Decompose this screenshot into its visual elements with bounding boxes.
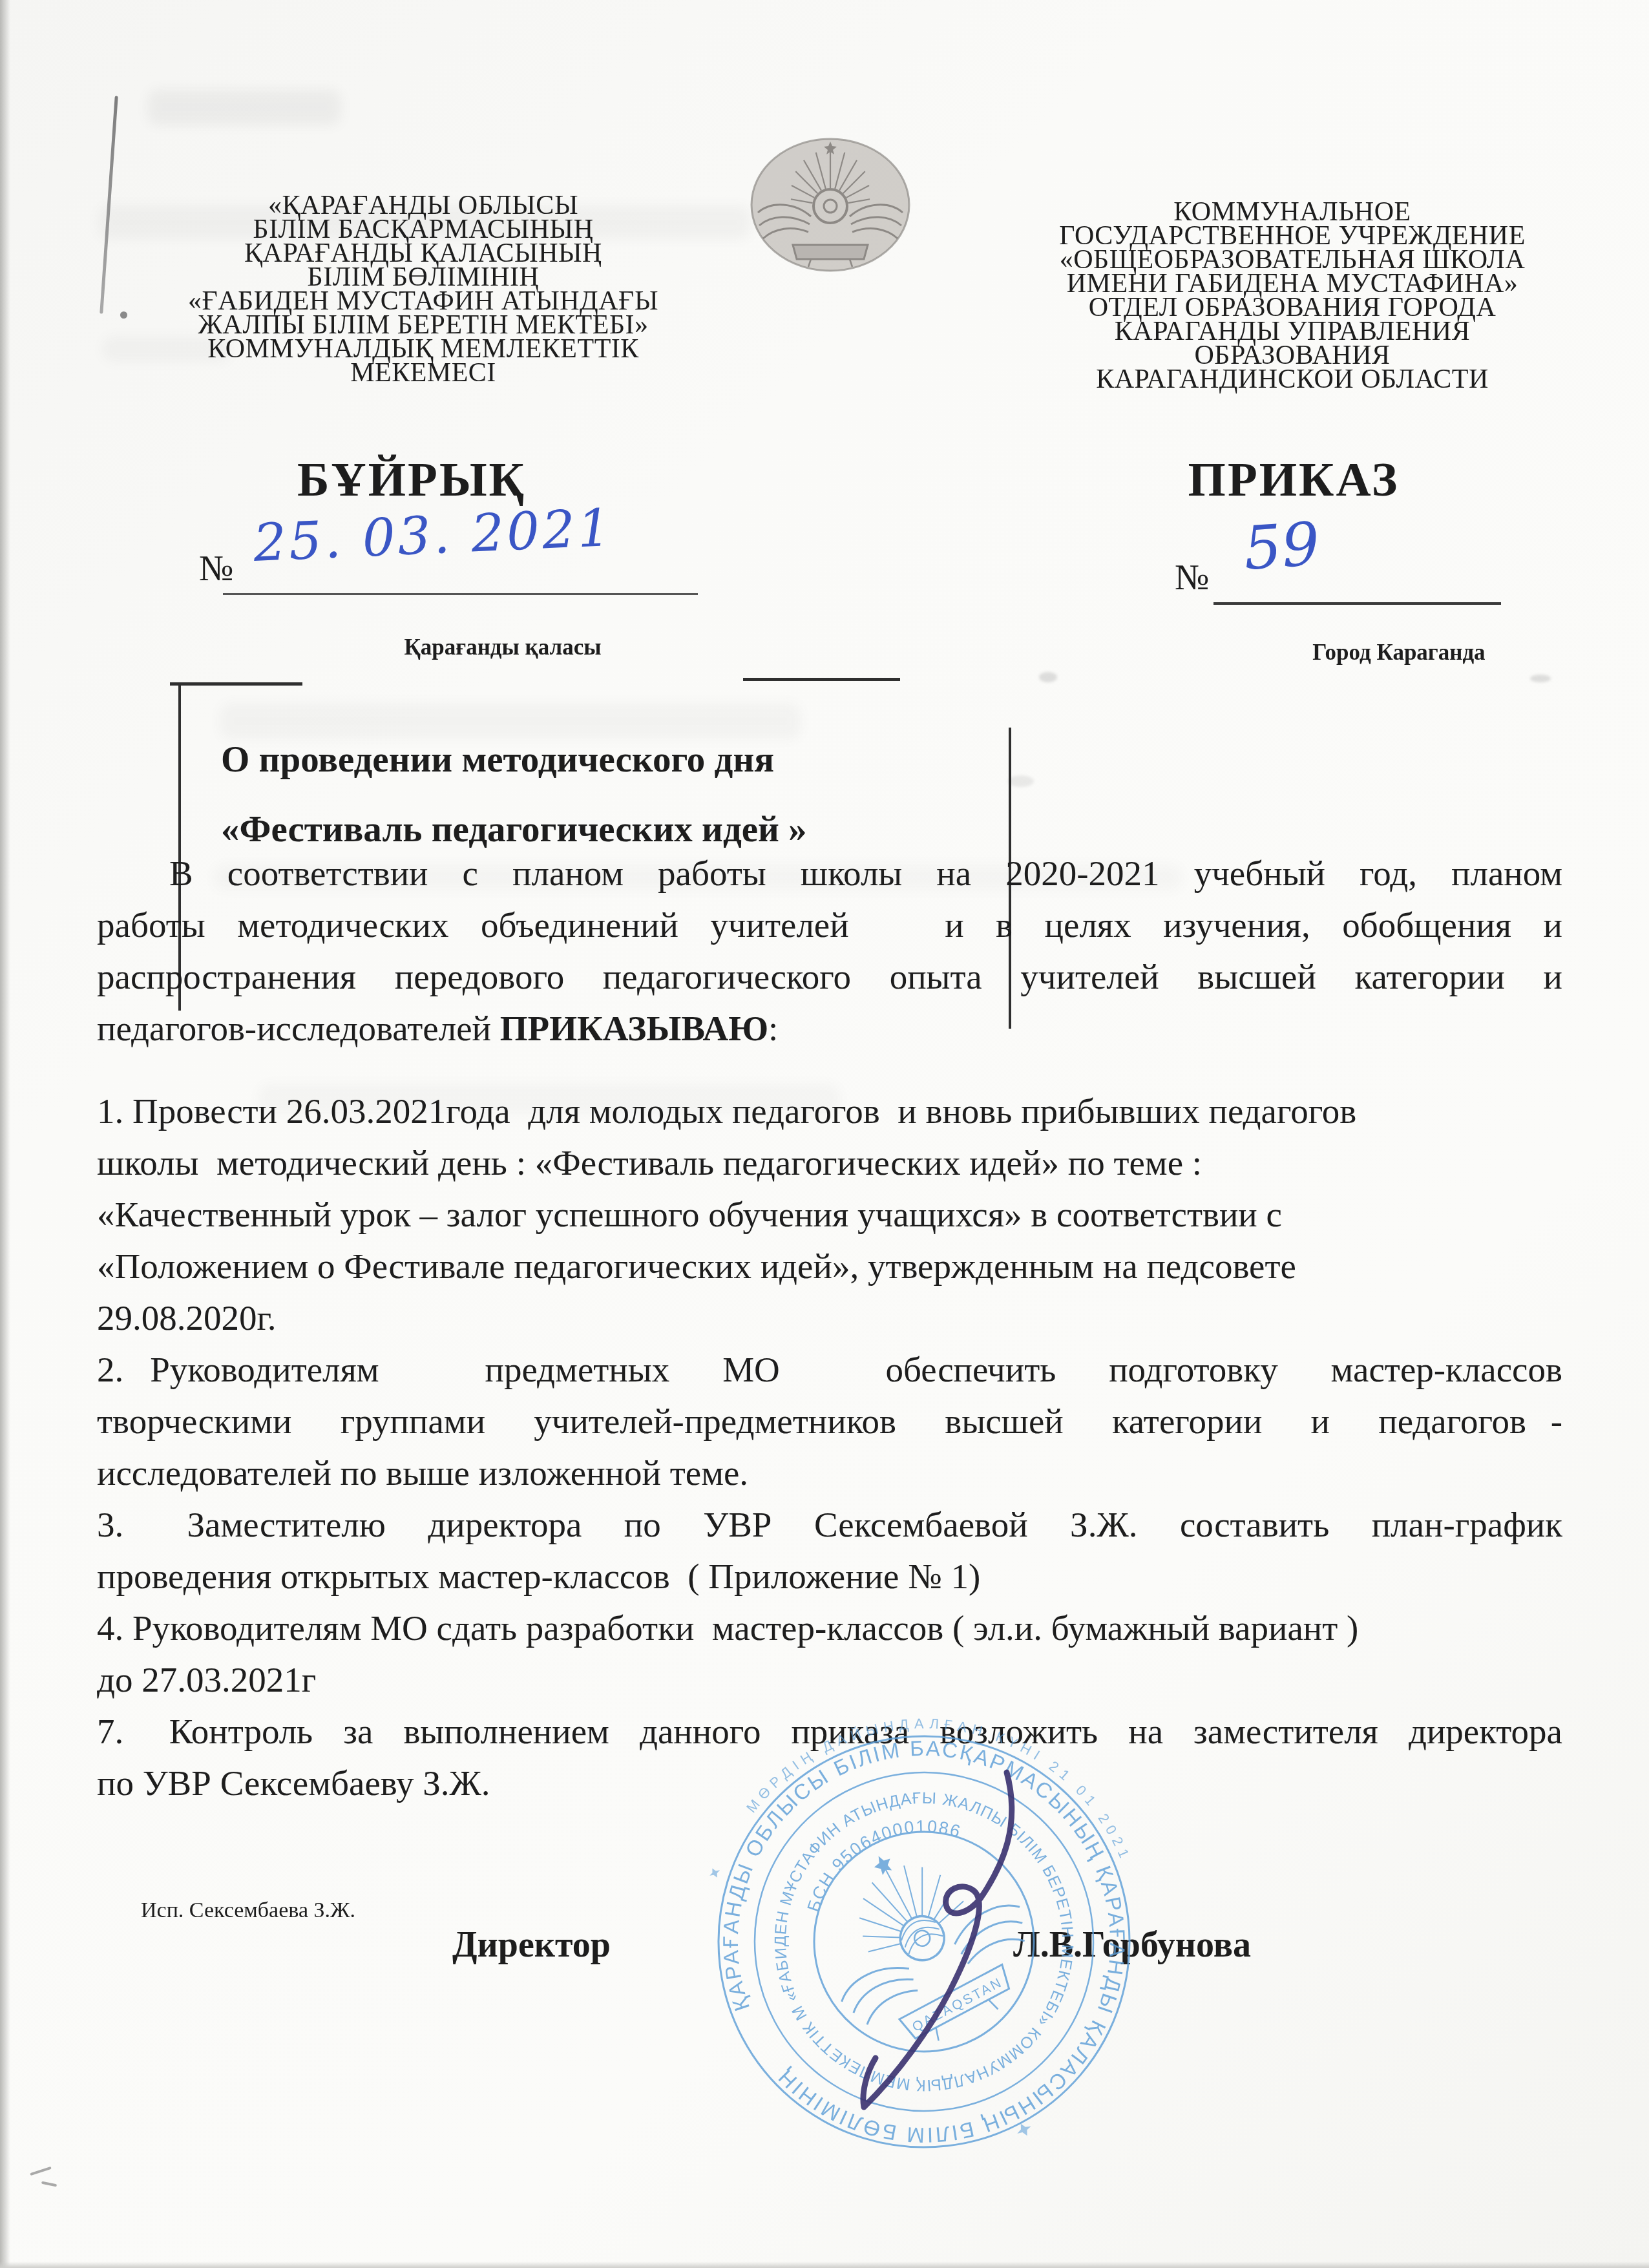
order-item-3: 3. Заместителю директора по УВР Сексемба… — [97, 1499, 1562, 1602]
number-sign-kazakh: № — [199, 548, 233, 589]
place-russian: Город Караганда — [1312, 640, 1485, 666]
intro-last-prefix: педагогов-исследователей — [97, 1009, 500, 1048]
order-title-russian: ПРИКАЗ — [1188, 452, 1400, 508]
frame-line-artifact — [743, 678, 900, 681]
number-underline-kazakh — [223, 593, 698, 595]
stamp-outer-ring-text: ҚАРАҒАНДЫ ОБЛЫСЫ БІЛІМ БАСҚАРМАСЫНЫҢ ҚАР… — [675, 1693, 1173, 2190]
item-line: 1. Провести 26.03.2021года для молодых п… — [97, 1086, 1562, 1137]
number-sign-russian: № — [1175, 557, 1209, 598]
order-body: В соответствии с планом работы школы на … — [97, 848, 1562, 1809]
number-underline-russian — [1213, 602, 1501, 605]
item-line: творческими группами учителей-предметник… — [97, 1396, 1562, 1447]
place-kazakh: Қарағанды қаласы — [404, 635, 601, 660]
item-line: 3. Заместителю директора по УВР Сексемба… — [97, 1499, 1562, 1551]
svg-text:ҚАРАҒАНДЫ ОБЛЫСЫ БІЛІМ БАСҚАРМ: ҚАРАҒАНДЫ ОБЛЫСЫ БІЛІМ БАСҚАРМАСЫНЫҢ ҚАР… — [675, 1693, 1173, 2190]
item-line: «Положением о Фестивале педагогических и… — [97, 1241, 1562, 1292]
intro-colon: : — [768, 1009, 778, 1048]
kazakhstan-emblem — [746, 132, 914, 278]
item-line: «Качественный урок – залог успешного обу… — [97, 1189, 1562, 1241]
order-title-kazakh: БҰЙРЫҚ — [297, 452, 526, 508]
stamp-banner-text: QAZAQSTAN — [910, 1975, 1005, 2035]
item-line: исследователей по выше изложенной теме. — [97, 1447, 1562, 1499]
handwritten-order-number: 59 — [1241, 509, 1321, 583]
frame-line-artifact — [170, 682, 302, 686]
intro-line: педагогов-исследователей ПРИКАЗЫВАЮ: — [97, 1003, 1562, 1055]
toner-speck — [1039, 672, 1057, 682]
executor-note: Исп. Сексембаева З.Ж. — [141, 1898, 355, 1923]
intro-line: В соответствии с планом работы школы на … — [97, 848, 1562, 899]
order-keyword: ПРИКАЗЫВАЮ — [500, 1009, 768, 1048]
org-name-russian: КОММУНАЛЬНОЕ ГОСУДАРСТВЕННОЕ УЧРЕЖДЕНИЕ … — [1008, 200, 1577, 392]
intro-line: работы методических объединений учителей… — [97, 899, 1562, 951]
scanned-order-document: «ҚАРАҒАНДЫ ОБЛЫСЫ БІЛІМ БАСҚАРМАСЫНЫҢ ҚА… — [0, 0, 1649, 2268]
intro-line: распространения передового педагогическо… — [97, 951, 1562, 1003]
order-item-1: 1. Провести 26.03.2021года для молодых п… — [97, 1086, 1562, 1344]
staple-mark-end — [120, 311, 127, 319]
org-line: КАРАГАНДИНСКОИ ОБЛАСТИ — [1008, 368, 1577, 392]
order-item-2: 2. Руководителям предметных МО обеспечит… — [97, 1344, 1562, 1499]
pencil-mark — [30, 2167, 52, 2176]
item-line: школы методический день : «Фестиваль пед… — [97, 1137, 1562, 1189]
item-line: 4. Руководителям МО сдать разработки мас… — [97, 1602, 1562, 1654]
bleed-through-artifact — [147, 89, 341, 125]
scan-edge-shadow-bottom — [0, 2262, 1649, 2268]
handwritten-date: 25. 03. 2021 — [252, 498, 614, 573]
pencil-mark — [41, 2181, 57, 2187]
org-name-kazakh: «ҚАРАҒАНДЫ ОБЛЫСЫ БІЛІМ БАСҚАРМАСЫНЫҢ ҚА… — [132, 194, 714, 385]
order-subject: О проведении методического дня «Фестивал… — [221, 725, 807, 865]
official-stamp: ҚАРАҒАНДЫ ОБЛЫСЫ БІЛІМ БАСҚАРМАСЫНЫҢ ҚАР… — [675, 1693, 1173, 2190]
org-line: МЕКЕМЕСІ — [132, 361, 714, 385]
toner-speck — [1008, 775, 1034, 787]
item-line: 2. Руководителям предметных МО обеспечит… — [97, 1344, 1562, 1396]
subject-line: О проведении методического дня — [221, 725, 807, 795]
signer-role: Директор — [452, 1924, 611, 1966]
scan-edge-shadow-left — [0, 0, 10, 2268]
staple-mark — [100, 96, 118, 314]
item-line: проведения открытых мастер-классов ( При… — [97, 1551, 1562, 1602]
toner-speck — [1530, 675, 1551, 682]
item-line: 29.08.2020г. — [97, 1292, 1562, 1344]
order-item-4: 4. Руководителям МО сдать разработки мас… — [97, 1602, 1562, 1706]
